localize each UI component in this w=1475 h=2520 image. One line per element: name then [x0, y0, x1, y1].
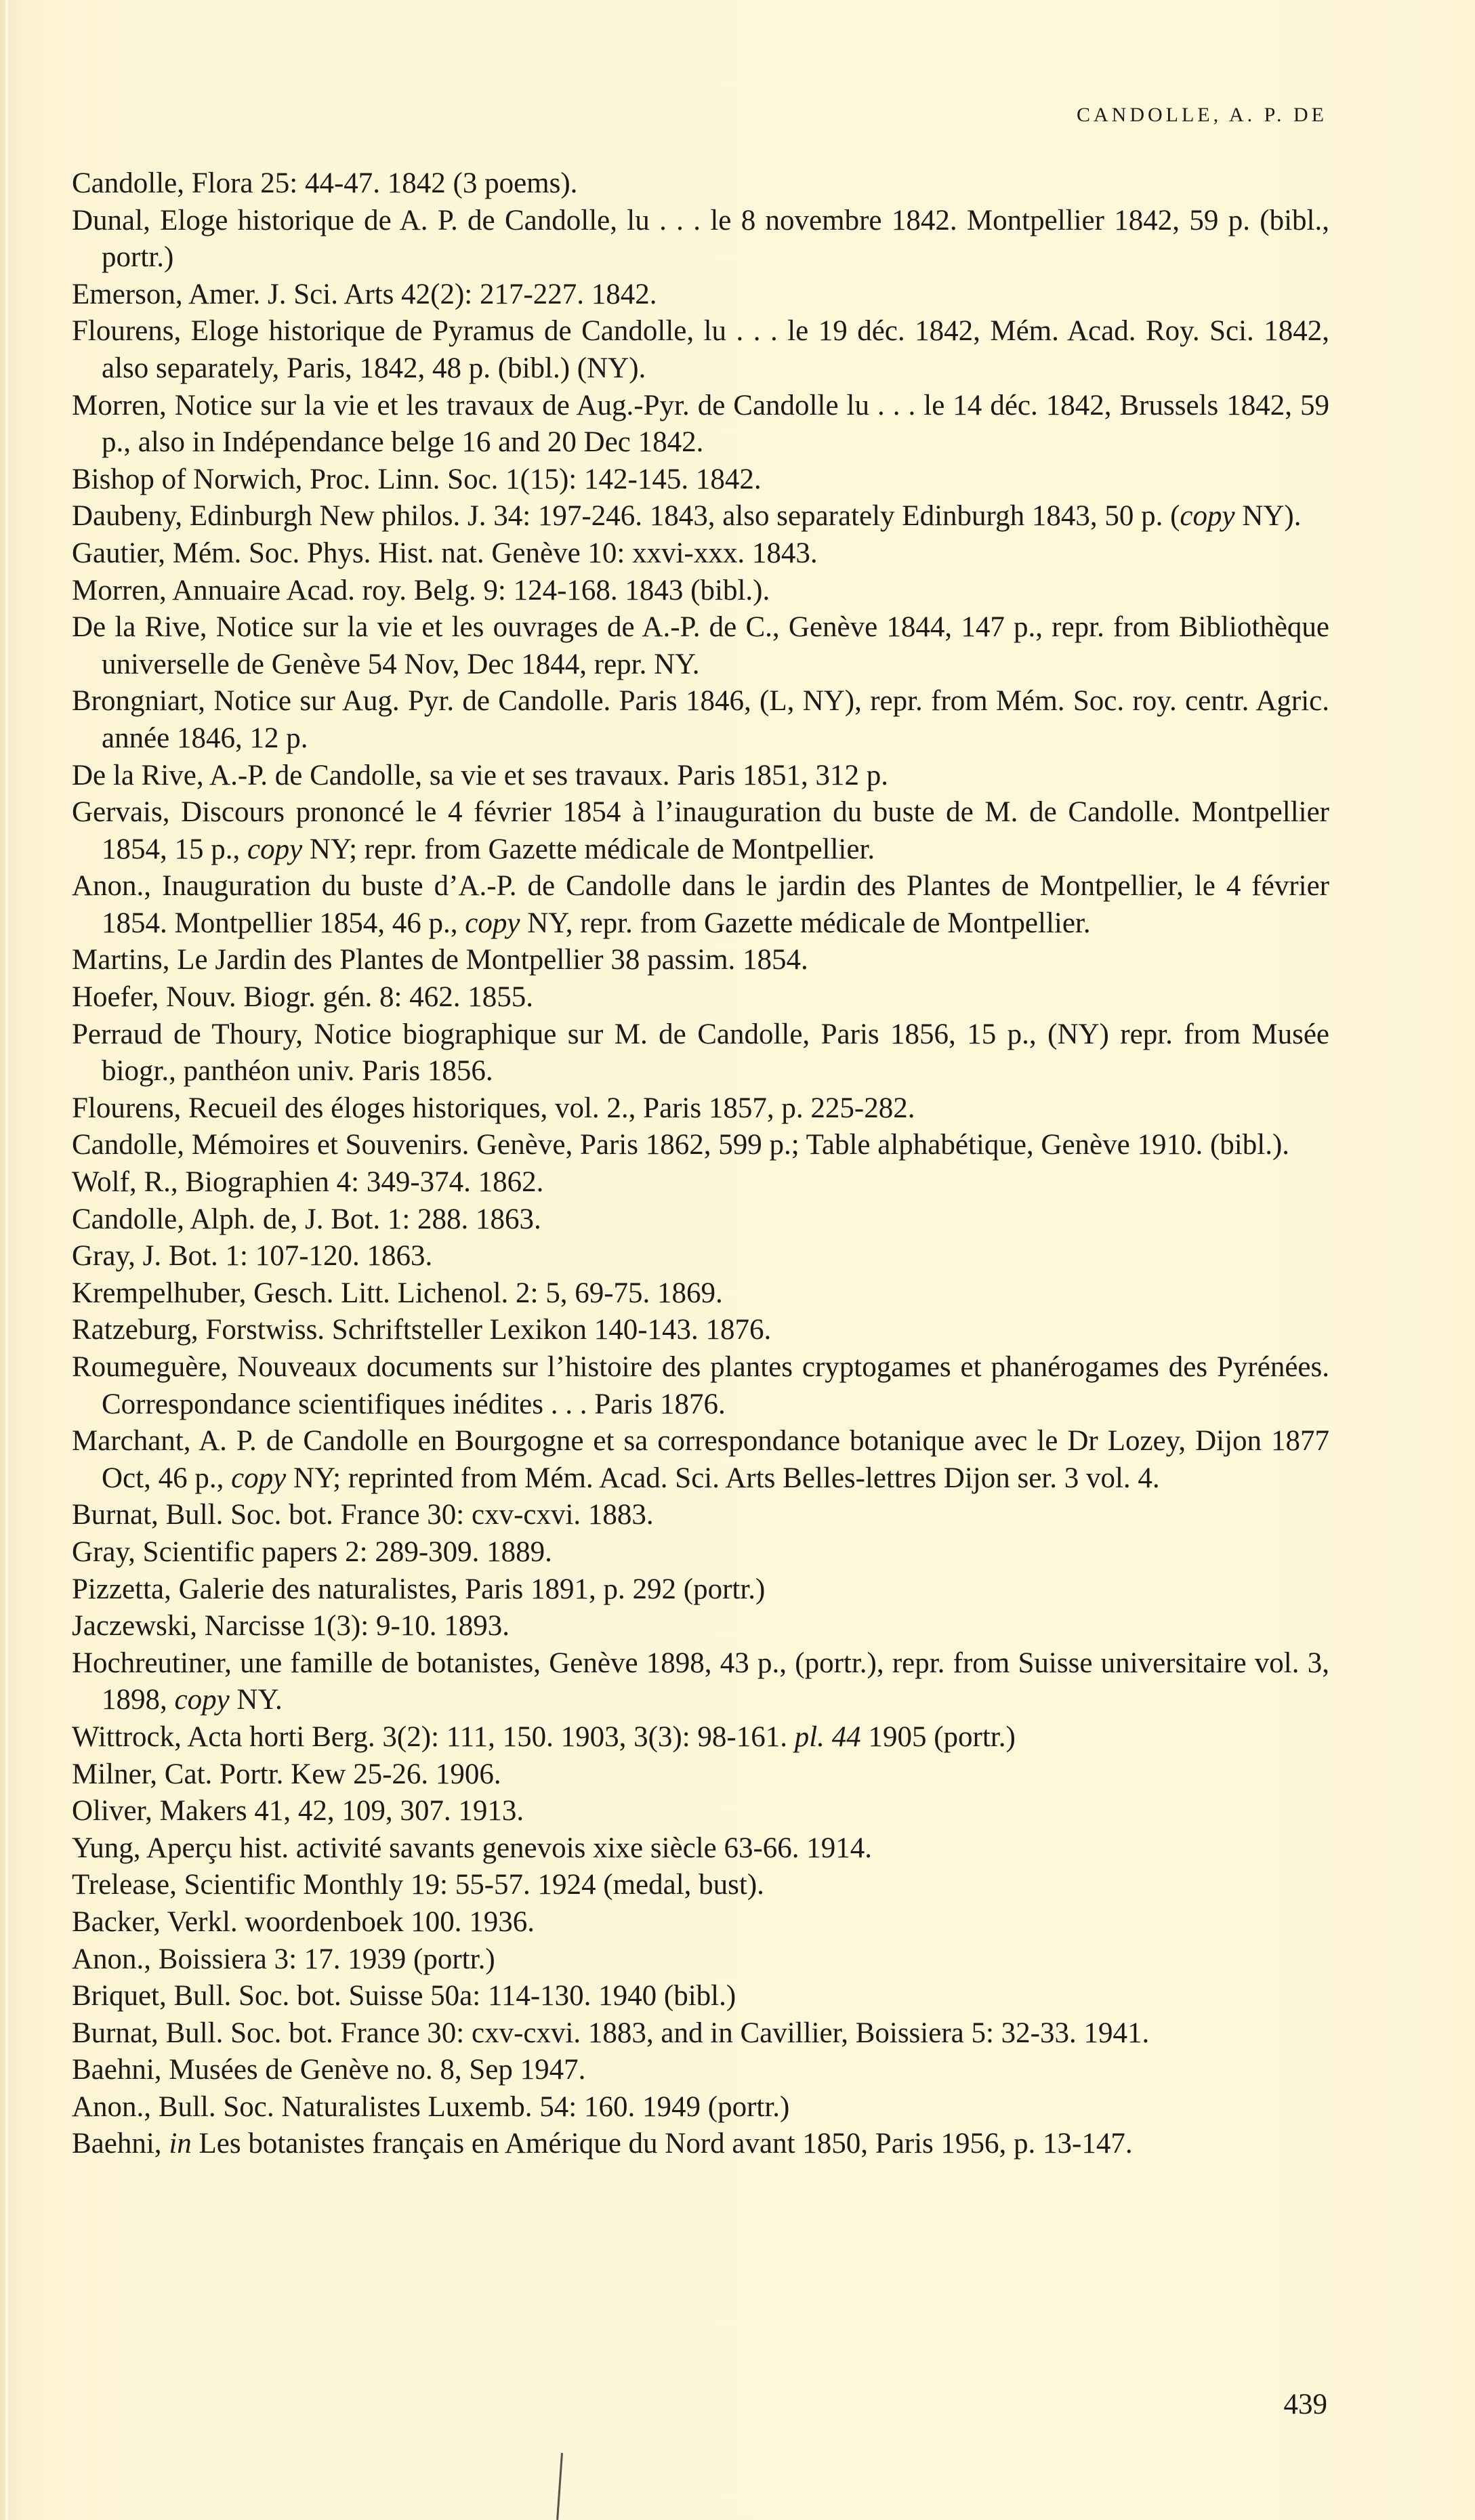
entry-text: Perraud de Thoury, Notice biographique s… — [72, 1018, 1329, 1088]
bibliography-entry: Flourens, Recueil des éloges historiques… — [72, 1090, 1329, 1128]
entry-text: Baehni, — [72, 2128, 169, 2160]
bibliography-entry: Candolle, Mémoires et Souvenirs. Genève,… — [72, 1127, 1329, 1164]
bibliography-entry: Daubeny, Edinburgh New philos. J. 34: 19… — [72, 498, 1329, 535]
bibliography-entry: Ratzeburg, Forstwiss. Schriftsteller Lex… — [72, 1312, 1329, 1349]
bibliography-entry: Anon., Boissiera 3: 17. 1939 (portr.) — [72, 1941, 1329, 1979]
entry-text: Martins, Le Jardin des Plantes de Montpe… — [72, 944, 808, 976]
entry-text: Gray, Scientific papers 2: 289-309. 1889… — [72, 1536, 552, 1568]
entry-text: Wittrock, Acta horti Berg. 3(2): 111, 15… — [72, 1721, 795, 1753]
scanned-page: CANDOLLE, A. P. DE Candolle, Flora 25: 4… — [0, 0, 1475, 2520]
entry-text: Ratzeburg, Forstwiss. Schriftsteller Lex… — [72, 1314, 771, 1346]
bibliography-entry: Trelease, Scientific Monthly 19: 55-57. … — [72, 1867, 1329, 1904]
bibliography-entry: Gray, J. Bot. 1: 107-120. 1863. — [72, 1238, 1329, 1275]
entry-text: Milner, Cat. Portr. Kew 25-26. 1906. — [72, 1758, 501, 1790]
bibliography-entry: Brongniart, Notice sur Aug. Pyr. de Cand… — [72, 683, 1329, 757]
bibliography-entry: Gray, Scientific papers 2: 289-309. 1889… — [72, 1534, 1329, 1571]
entry-text: Briquet, Bull. Soc. bot. Suisse 50a: 114… — [72, 1980, 736, 2012]
bibliography-entry: Milner, Cat. Portr. Kew 25-26. 1906. — [72, 1756, 1329, 1794]
entry-italic-text: in — [169, 2128, 191, 2160]
bibliography-entry: Dunal, Eloge historique de A. P. de Cand… — [72, 203, 1329, 276]
bibliography-entry: Krempelhuber, Gesch. Litt. Lichenol. 2: … — [72, 1275, 1329, 1313]
bibliography-entry: Gautier, Mém. Soc. Phys. Hist. nat. Genè… — [72, 535, 1329, 573]
bibliography-entry: Morren, Notice sur la vie et les travaux… — [72, 388, 1329, 461]
entry-text: Gautier, Mém. Soc. Phys. Hist. nat. Genè… — [72, 537, 818, 569]
entry-text: Anon., Boissiera 3: 17. 1939 (portr.) — [72, 1943, 495, 1975]
entry-text: Flourens, Recueil des éloges historiques… — [72, 1092, 915, 1124]
entry-text: Baehni, Musées de Genève no. 8, Sep 1947… — [72, 2054, 585, 2086]
entry-text: Emerson, Amer. J. Sci. Arts 42(2): 217-2… — [72, 278, 657, 310]
page-number: 439 — [1284, 2387, 1328, 2423]
entry-text: Flourens, Eloge historique de Pyramus de… — [72, 315, 1329, 384]
entry-text: De la Rive, Notice sur la vie et les ouv… — [72, 611, 1329, 680]
entry-text: Krempelhuber, Gesch. Litt. Lichenol. 2: … — [72, 1277, 723, 1309]
bibliography-entry: Martins, Le Jardin des Plantes de Montpe… — [72, 942, 1329, 979]
bibliography-list: Candolle, Flora 25: 44-47. 1842 (3 poems… — [72, 165, 1329, 2163]
entry-text: Roumeguère, Nouveaux documents sur l’his… — [72, 1351, 1329, 1420]
entry-text: Burnat, Bull. Soc. bot. France 30: cxv-c… — [72, 1499, 654, 1531]
entry-text: Trelease, Scientific Monthly 19: 55-57. … — [72, 1869, 764, 1901]
bibliography-entry: Hochreutiner, une famille de botanistes,… — [72, 1645, 1329, 1719]
bibliography-entry: Oliver, Makers 41, 42, 109, 307. 1913. — [72, 1793, 1329, 1830]
entry-text: Morren, Notice sur la vie et les travaux… — [72, 390, 1329, 459]
bibliography-entry: Roumeguère, Nouveaux documents sur l’his… — [72, 1349, 1329, 1423]
bibliography-entry: Candolle, Flora 25: 44-47. 1842 (3 poems… — [72, 165, 1329, 203]
bibliography-entry: Burnat, Bull. Soc. bot. France 30: cxv-c… — [72, 2015, 1329, 2052]
bibliography-entry: Anon., Bull. Soc. Naturalistes Luxemb. 5… — [72, 2089, 1329, 2126]
bibliography-entry: Gervais, Discours prononcé le 4 février … — [72, 794, 1329, 868]
entry-text: Morren, Annuaire Acad. roy. Belg. 9: 124… — [72, 575, 770, 606]
bibliography-entry: Hoefer, Nouv. Biogr. gén. 8: 462. 1855. — [72, 979, 1329, 1016]
bibliography-entry: Yung, Aperçu hist. activité savants gene… — [72, 1830, 1329, 1867]
bibliography-entry: Briquet, Bull. Soc. bot. Suisse 50a: 114… — [72, 1978, 1329, 2015]
bibliography-entry: Jaczewski, Narcisse 1(3): 9-10. 1893. — [72, 1608, 1329, 1645]
entry-text: Pizzetta, Galerie des naturalistes, Pari… — [72, 1573, 765, 1605]
bibliography-entry: Bishop of Norwich, Proc. Linn. Soc. 1(15… — [72, 461, 1329, 499]
entry-text: NY, repr. from Gazette médicale de Montp… — [520, 907, 1090, 939]
entry-text: Backer, Verkl. woordenboek 100. 1936. — [72, 1906, 535, 1938]
bibliography-entry: Baehni, Musées de Genève no. 8, Sep 1947… — [72, 2052, 1329, 2089]
entry-text: Oliver, Makers 41, 42, 109, 307. 1913. — [72, 1795, 524, 1827]
entry-italic-text: copy — [247, 833, 302, 865]
entry-text: NY. — [230, 1684, 283, 1716]
bibliography-entry: Pizzetta, Galerie des naturalistes, Pari… — [72, 1571, 1329, 1609]
entry-text: Daubeny, Edinburgh New philos. J. 34: 19… — [72, 500, 1180, 532]
entry-italic-text: copy — [465, 907, 520, 939]
entry-text: NY; repr. from Gazette médicale de Montp… — [302, 833, 875, 865]
bibliography-entry: Perraud de Thoury, Notice biographique s… — [72, 1016, 1329, 1090]
bibliography-entry: Wolf, R., Biographien 4: 349-374. 1862. — [72, 1164, 1329, 1201]
entry-text: Burnat, Bull. Soc. bot. France 30: cxv-c… — [72, 2017, 1149, 2049]
entry-text: Yung, Aperçu hist. activité savants gene… — [72, 1832, 872, 1864]
entry-text: Candolle, Alph. de, J. Bot. 1: 288. 1863… — [72, 1203, 541, 1235]
entry-text: Brongniart, Notice sur Aug. Pyr. de Cand… — [72, 685, 1329, 754]
entry-italic-text: copy — [175, 1684, 230, 1716]
bibliography-entry: De la Rive, Notice sur la vie et les ouv… — [72, 609, 1329, 683]
bibliography-entry: Wittrock, Acta horti Berg. 3(2): 111, 15… — [72, 1719, 1329, 1756]
entry-text: Wolf, R., Biographien 4: 349-374. 1862. — [72, 1166, 543, 1198]
bibliography-entry: Candolle, Alph. de, J. Bot. 1: 288. 1863… — [72, 1201, 1329, 1239]
page-gutter-edge — [5, 0, 8, 2520]
entry-text: 1905 (portr.) — [861, 1721, 1016, 1753]
bibliography-entry: Anon., Inauguration du buste d’A.-P. de … — [72, 868, 1329, 942]
entry-text: Jaczewski, Narcisse 1(3): 9-10. 1893. — [72, 1610, 510, 1642]
entry-text: Les botanistes français en Amérique du N… — [192, 2128, 1133, 2160]
entry-text: Hoefer, Nouv. Biogr. gén. 8: 462. 1855. — [72, 981, 533, 1013]
entry-text: NY). — [1235, 500, 1302, 532]
entry-italic-text: pl. 44 — [795, 1721, 861, 1753]
entry-text: Dunal, Eloge historique de A. P. de Cand… — [72, 205, 1329, 274]
entry-text: Candolle, Mémoires et Souvenirs. Genève,… — [72, 1129, 1289, 1161]
entry-text: Candolle, Flora 25: 44-47. 1842 (3 poems… — [72, 167, 577, 199]
bibliography-entry: Burnat, Bull. Soc. bot. France 30: cxv-c… — [72, 1497, 1329, 1534]
bibliography-entry: Backer, Verkl. woordenboek 100. 1936. — [72, 1904, 1329, 1941]
entry-italic-text: copy — [231, 1462, 286, 1494]
entry-text: De la Rive, A.-P. de Candolle, sa vie et… — [72, 760, 888, 791]
entry-text: Gray, J. Bot. 1: 107-120. 1863. — [72, 1240, 432, 1272]
entry-text: Bishop of Norwich, Proc. Linn. Soc. 1(15… — [72, 463, 762, 495]
bibliography-entry: Morren, Annuaire Acad. roy. Belg. 9: 124… — [72, 573, 1329, 610]
bibliography-entry: Marchant, A. P. de Candolle en Bourgogne… — [72, 1423, 1329, 1497]
running-head: CANDOLLE, A. P. DE — [1077, 102, 1327, 129]
bibliography-entry: Flourens, Eloge historique de Pyramus de… — [72, 313, 1329, 387]
bibliography-entry: Baehni, in Les botanistes français en Am… — [72, 2126, 1329, 2163]
scan-mark — [556, 2453, 563, 2520]
bibliography-entry: Emerson, Amer. J. Sci. Arts 42(2): 217-2… — [72, 276, 1329, 314]
bibliography-entry: De la Rive, A.-P. de Candolle, sa vie et… — [72, 758, 1329, 795]
entry-text: NY; reprinted from Mém. Acad. Sci. Arts … — [286, 1462, 1159, 1494]
entry-italic-text: copy — [1180, 500, 1234, 532]
entry-text: Anon., Bull. Soc. Naturalistes Luxemb. 5… — [72, 2091, 789, 2123]
